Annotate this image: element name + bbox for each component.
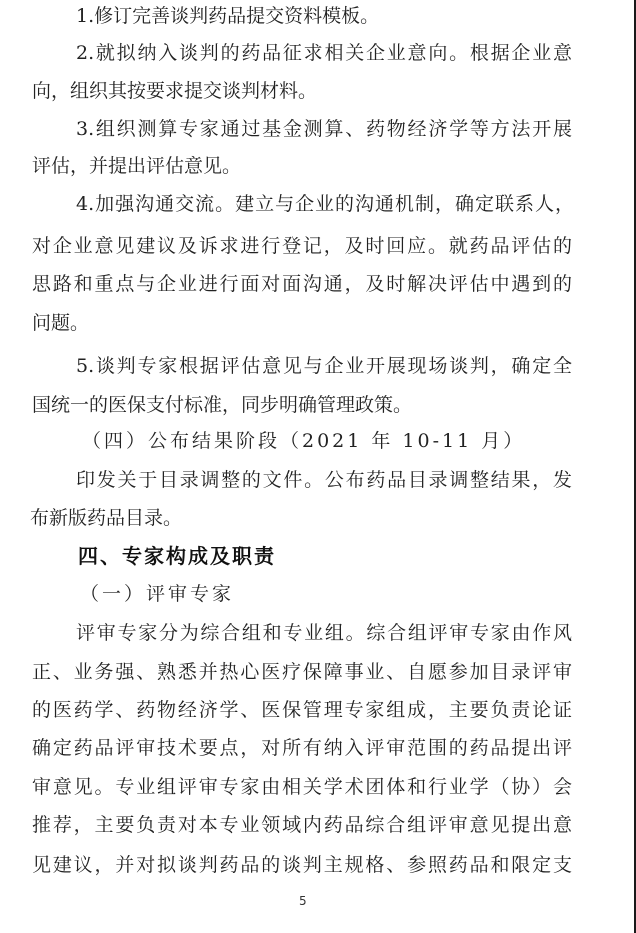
chapter-heading-experts: 四、专家构成及职责 [78,543,276,569]
list-item-2-line-2: 向，组织其按要求提交谈判材料。 [32,78,317,104]
paragraph-experts-line-1: 评审专家分为综合组和专业组。综合组评审专家由作风 [76,620,572,646]
paragraph-experts-line-4: 确定药品评审技术要点，对所有纳入评审范围的药品提出评 [32,735,572,761]
paragraph-experts-line-7: 见建议，并对拟谈判药品的谈判主规格、参照药品和限定支 [32,852,572,878]
list-item-4-line-4: 问题。 [32,310,89,336]
list-item-4-line-3: 思路和重点与企业进行面对面沟通，及时解决评估中遇到的 [32,271,572,297]
list-item-5-line-1: 5.谈判专家根据评估意见与企业开展现场谈判，确定全 [76,353,572,379]
paragraph-experts-line-5: 审意见。专业组评审专家由相关学术团体和行业学（协）会 [32,774,572,800]
document-page: 1.修订完善谈判药品提交资料模板。 2.就拟纳入谈判的药品征求相关企业意向。根据… [0,0,636,933]
list-item-4-line-1: 4.加强沟通交流。建立与企业的沟通机制，确定联系人， [76,191,574,217]
paragraph-experts-line-6: 推荐，主要负责对本专业领域内药品综合组评审意见提出意 [32,812,572,838]
section-heading-review-experts: （一）评审专家 [80,581,234,607]
section-heading-publish-results: （四）公布结果阶段（2021 年 10-11 月） [82,428,525,454]
list-item-3-line-1: 3.组织测算专家通过基金测算、药物经济学等方法开展 [76,116,572,142]
list-item-5-line-2: 国统一的医保支付标准，同步明确管理政策。 [32,392,412,418]
list-item-2-line-1: 2.就拟纳入谈判的药品征求相关企业意向。根据企业意 [76,40,572,66]
paragraph-experts-line-2: 正、业务强、熟悉并热心医疗保障事业、自愿参加目录评审 [32,659,572,685]
paragraph-experts-line-3: 的医药学、药物经济学、医保管理专家组成，主要负责论证 [32,697,572,723]
list-item-1: 1.修订完善谈判药品提交资料模板。 [76,3,379,29]
list-item-4-line-2: 对企业意见建议及诉求进行登记，及时回应。就药品评估的 [32,233,572,259]
page-number: 5 [299,894,307,908]
list-item-3-line-2: 评估，并提出评估意见。 [32,153,241,179]
paragraph-publish-line-2: 布新版药品目录。 [30,505,182,531]
paragraph-publish-line-1: 印发关于目录调整的文件。公布药品目录调整结果，发 [76,467,572,493]
